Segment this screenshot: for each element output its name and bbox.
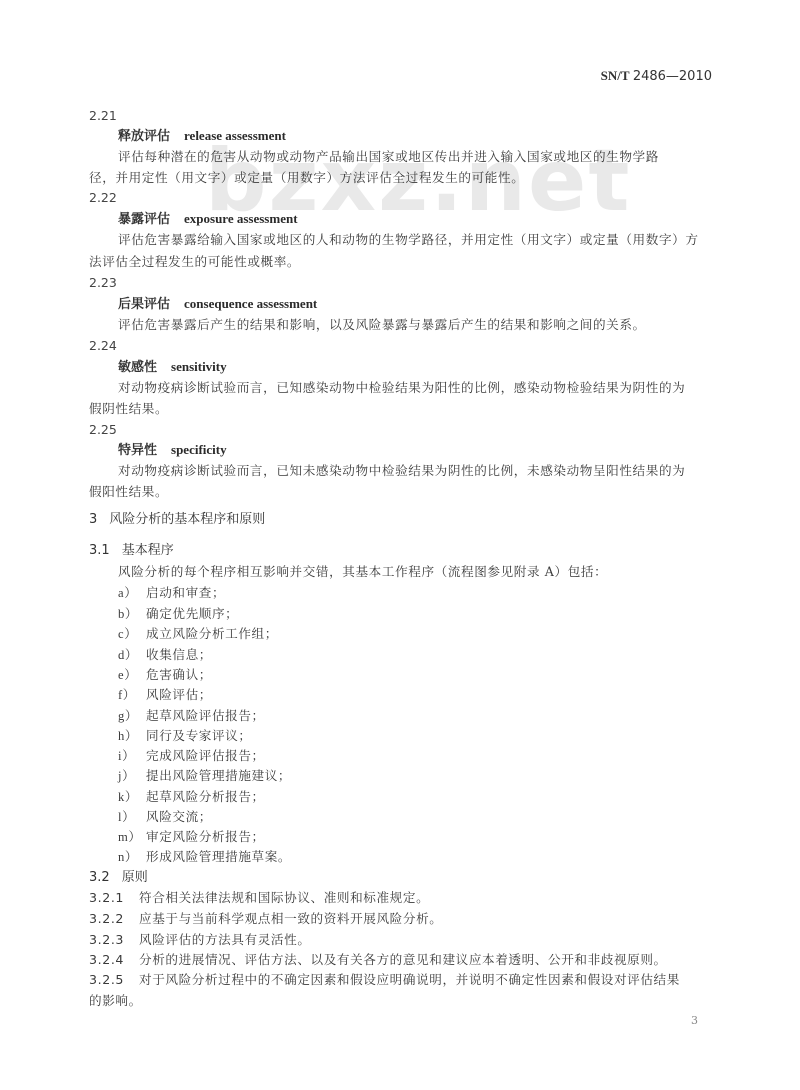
list-item: h）同行及专家评议； xyxy=(118,728,252,744)
principle-text: 分析的进展情况、评估方法、以及有关各方的意见和建议应本着透明、公开和非歧视原则。 xyxy=(139,952,667,967)
principle-number: 3.2.3 xyxy=(89,932,139,948)
term-body-line: 对动物疫病诊断试验而言，已知未感染动物中检验结果为阴性的比例，未感染动物呈阳性结… xyxy=(118,463,685,479)
standard-code-header: SN/T 2486—2010 xyxy=(601,68,712,84)
list-label: m） xyxy=(118,829,146,845)
principle-continuation: 的影响。 xyxy=(89,993,142,1009)
term-zh: 后果评估 xyxy=(118,297,170,312)
term-en: consequence assessment xyxy=(184,296,317,311)
term-body-line: 法评估全过程发生的可能性或概率。 xyxy=(89,254,300,270)
section-number: 3 xyxy=(89,512,97,527)
subsection-number: 3.1 xyxy=(89,543,110,558)
list-text: 启动和审查； xyxy=(146,585,225,600)
list-label: d） xyxy=(118,647,146,663)
term-en: sensitivity xyxy=(171,359,227,374)
list-label: b） xyxy=(118,606,146,622)
subsection-heading: 3.1基本程序 xyxy=(89,543,174,559)
list-item: g）起草风险评估报告； xyxy=(118,708,265,724)
term-en: exposure assessment xyxy=(184,211,298,226)
list-text: 危害确认； xyxy=(146,667,212,682)
term-body-line: 评估危害暴露后产生的结果和影响，以及风险暴露与暴露后产生的结果和影响之间的关系。 xyxy=(118,317,646,333)
procedure-intro: 风险分析的每个程序相互影响并交错，其基本工作程序（流程图参见附录 A）包括： xyxy=(118,564,607,580)
list-label: k） xyxy=(118,789,146,805)
term-en: release assessment xyxy=(184,128,286,143)
principle-number: 3.2.4 xyxy=(89,952,139,968)
list-item: l）风险交流； xyxy=(118,809,212,825)
term-body-line: 径，并用定性（用文字）或定量（用数字）方法评估全过程发生的可能性。 xyxy=(89,170,524,186)
term-heading: 释放评估release assessment xyxy=(118,128,286,145)
list-label: j） xyxy=(118,768,146,784)
list-item: k）起草风险分析报告； xyxy=(118,789,265,805)
list-label: i） xyxy=(118,748,146,764)
list-text: 确定优先顺序； xyxy=(146,606,238,621)
list-label: c） xyxy=(118,626,146,642)
term-heading: 特异性specificity xyxy=(118,442,227,459)
principle-number: 3.2.2 xyxy=(89,911,139,927)
term-body-line: 假阴性结果。 xyxy=(89,401,168,417)
list-item: b）确定优先顺序； xyxy=(118,606,238,622)
term-zh: 敏感性 xyxy=(118,360,157,375)
list-text: 提出风险管理措施建议； xyxy=(146,768,291,783)
list-item: j）提出风险管理措施建议； xyxy=(118,768,291,784)
term-heading: 敏感性sensitivity xyxy=(118,359,227,376)
list-label: f） xyxy=(118,687,146,703)
list-text: 形成风险管理措施草案。 xyxy=(146,849,291,864)
term-body-line: 假阳性结果。 xyxy=(89,484,168,500)
list-label: h） xyxy=(118,728,146,744)
standard-code-prefix: SN/T xyxy=(601,68,630,83)
principle-item: 3.2.5对于风险分析过程中的不确定因素和假设应明确说明，并说明不确定性因素和假… xyxy=(89,972,680,988)
term-body-line: 对动物疫病诊断试验而言，已知感染动物中检验结果为阳性的比例，感染动物检验结果为阴… xyxy=(118,380,685,396)
term-zh: 特异性 xyxy=(118,443,157,458)
term-body-line: 评估危害暴露给输入国家或地区的人和动物的生物学路径，并用定性（用文字）或定量（用… xyxy=(118,232,699,248)
principle-item: 3.2.3风险评估的方法具有灵活性。 xyxy=(89,932,311,948)
list-item: i）完成风险评估报告； xyxy=(118,748,265,764)
principle-text: 应基于与当前科学观点相一致的资料开展风险分析。 xyxy=(139,911,442,926)
subsection-number: 3.2 xyxy=(89,870,110,885)
section-heading: 3风险分析的基本程序和原则 xyxy=(89,512,265,528)
term-number: 2.22 xyxy=(89,190,117,206)
principle-number: 3.2.5 xyxy=(89,972,139,988)
list-label: e） xyxy=(118,667,146,683)
document-page: bzxz.net SN/T 2486—2010 2.21 释放评估release… xyxy=(0,0,800,1090)
principle-number: 3.2.1 xyxy=(89,890,139,906)
list-label: a） xyxy=(118,585,146,601)
term-en: specificity xyxy=(171,442,227,457)
list-text: 同行及专家评议； xyxy=(146,728,252,743)
list-item: m）审定风险分析报告； xyxy=(118,829,265,845)
principle-text: 风险评估的方法具有灵活性。 xyxy=(139,932,311,947)
list-item: f）风险评估； xyxy=(118,687,212,703)
list-label: n） xyxy=(118,849,146,865)
list-item: c）成立风险分析工作组； xyxy=(118,626,278,642)
principle-item: 3.2.4分析的进展情况、评估方法、以及有关各方的意见和建议应本着透明、公开和非… xyxy=(89,952,667,968)
term-number: 2.25 xyxy=(89,422,117,438)
term-zh: 暴露评估 xyxy=(118,212,170,227)
term-body-line: 评估每种潜在的危害从动物或动物产品输出国家或地区传出并进入输入国家或地区的生物学… xyxy=(118,149,659,165)
list-label: g） xyxy=(118,708,146,724)
list-text: 收集信息； xyxy=(146,647,212,662)
list-text: 风险交流； xyxy=(146,809,212,824)
principle-item: 3.2.2应基于与当前科学观点相一致的资料开展风险分析。 xyxy=(89,911,442,927)
list-text: 风险评估； xyxy=(146,687,212,702)
list-text: 成立风险分析工作组； xyxy=(146,626,278,641)
principle-text: 符合相关法律法规和国际协议、准则和标准规定。 xyxy=(139,890,429,905)
subsection-title: 基本程序 xyxy=(122,543,174,558)
term-number: 2.23 xyxy=(89,275,117,291)
list-label: l） xyxy=(118,809,146,825)
subsection-heading: 3.2原则 xyxy=(89,870,148,886)
page-number: 3 xyxy=(691,1014,698,1027)
term-zh: 释放评估 xyxy=(118,129,170,144)
list-item: d）收集信息； xyxy=(118,647,212,663)
term-number: 2.24 xyxy=(89,338,117,354)
principle-item: 3.2.1符合相关法律法规和国际协议、准则和标准规定。 xyxy=(89,890,429,906)
term-heading: 暴露评估exposure assessment xyxy=(118,211,298,228)
term-heading: 后果评估consequence assessment xyxy=(118,296,317,313)
principle-text: 对于风险分析过程中的不确定因素和假设应明确说明，并说明不确定性因素和假设对评估结… xyxy=(139,972,680,987)
list-item: e）危害确认； xyxy=(118,667,212,683)
standard-code-number: 2486—2010 xyxy=(633,69,712,84)
list-item: a）启动和审查； xyxy=(118,585,225,601)
list-item: n）形成风险管理措施草案。 xyxy=(118,849,291,865)
term-number: 2.21 xyxy=(89,108,117,124)
list-text: 起草风险分析报告； xyxy=(146,789,265,804)
list-text: 起草风险评估报告； xyxy=(146,708,265,723)
list-text: 审定风险分析报告； xyxy=(146,829,265,844)
section-title: 风险分析的基本程序和原则 xyxy=(109,512,265,527)
subsection-title: 原则 xyxy=(122,870,148,885)
list-text: 完成风险评估报告； xyxy=(146,748,265,763)
